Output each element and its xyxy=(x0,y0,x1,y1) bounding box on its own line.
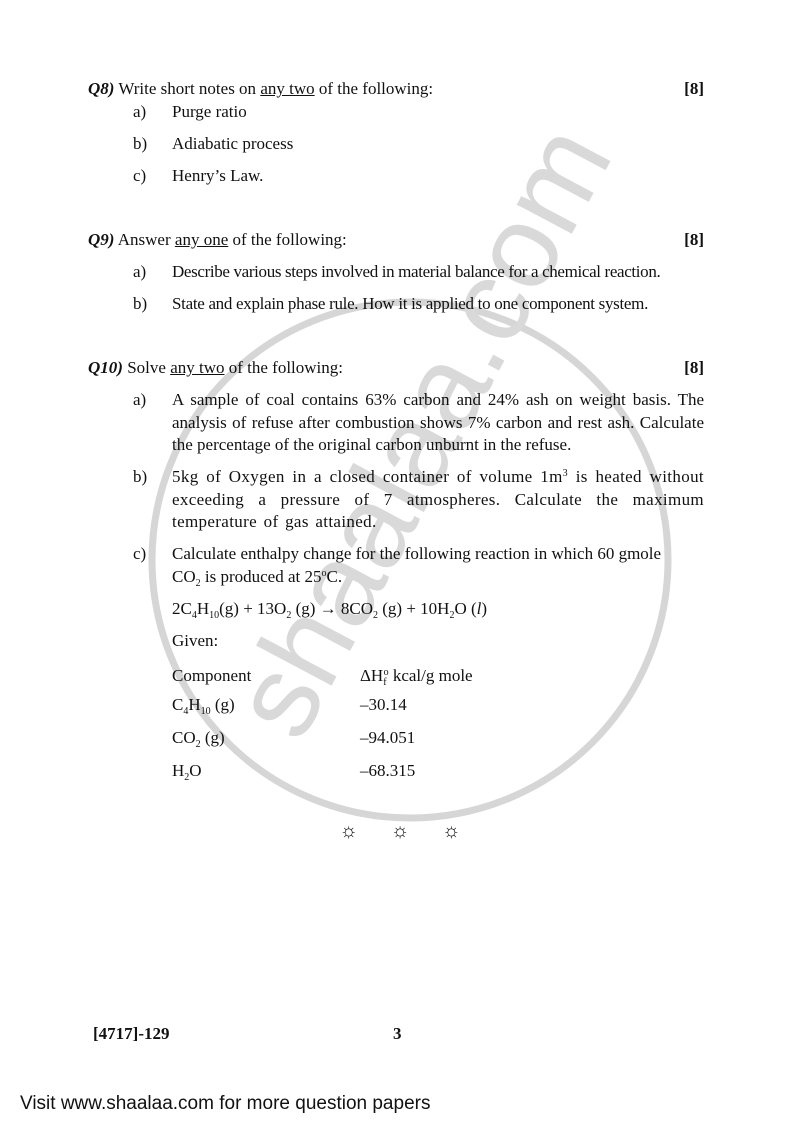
paper-code: [4717]-129 xyxy=(93,1024,169,1044)
given-label: Given: xyxy=(172,630,218,652)
q8-a-label: a) xyxy=(133,101,146,123)
q9-marks: [8] xyxy=(684,229,704,251)
table-row-water: H2O xyxy=(172,760,202,782)
q10-marks: [8] xyxy=(684,357,704,379)
q10-a-text: A sample of coal contains 63% carbon and… xyxy=(172,389,704,457)
q10-b-text: 5kg of Oxygen in a closed container of v… xyxy=(172,466,704,534)
q9-number: Q9) xyxy=(88,230,114,249)
q8-a-text: Purge ratio xyxy=(172,101,247,123)
q10-emphasis: any two xyxy=(170,358,224,377)
q8-b-label: b) xyxy=(133,133,147,155)
q9-heading: Q9) Answer any one of the following: [8] xyxy=(88,229,704,251)
table-value-water: –68.315 xyxy=(360,760,415,782)
q8-c-label: c) xyxy=(133,165,146,187)
exam-page: shaalaa.com Q8) Write short notes on any… xyxy=(0,0,800,1131)
q8-marks: [8] xyxy=(684,78,704,100)
q8-prompt-end: of the following: xyxy=(315,79,434,98)
table-row-co2: CO2 (g) xyxy=(172,727,225,749)
q10-prompt: Solve xyxy=(127,358,170,377)
q10-number: Q10) xyxy=(88,358,123,377)
q10-c-line1: Calculate enthalpy change for the follow… xyxy=(172,543,661,565)
q9-b-label: b) xyxy=(133,293,147,315)
q9-b-text: State and explain phase rule. How it is … xyxy=(172,293,648,315)
shaalaa-watermark: shaalaa.com xyxy=(0,0,800,1131)
table-row-butane: C4H10 (g) xyxy=(172,694,235,716)
table-header-component: Component xyxy=(172,665,251,687)
q10-prompt-end: of the following: xyxy=(224,358,343,377)
q8-prompt: Write short notes on xyxy=(118,79,260,98)
q9-a-text: Describe various steps involved in mater… xyxy=(172,261,660,283)
q10-b-label: b) xyxy=(133,466,147,488)
page-number: 3 xyxy=(393,1024,402,1044)
q8-c-text: Henry’s Law. xyxy=(172,165,263,187)
q10-c-label: c) xyxy=(133,543,146,565)
end-of-paper-marks: ☼ ☼ ☼ xyxy=(0,820,800,843)
q8-b-text: Adiabatic process xyxy=(172,133,293,155)
q9-prompt: Answer xyxy=(118,230,175,249)
q8-heading: Q8) Write short notes on any two of the … xyxy=(88,78,704,100)
sun-icon: ☼ xyxy=(442,820,460,843)
q8-emphasis: any two xyxy=(260,79,314,98)
sun-icon: ☼ xyxy=(391,820,409,843)
table-value-butane: –30.14 xyxy=(360,694,407,716)
promo-banner: Visit www.shaalaa.com for more question … xyxy=(20,1093,430,1115)
q10-a-label: a) xyxy=(133,389,146,411)
table-value-co2: –94.051 xyxy=(360,727,415,749)
q10-c-line2: CO2 is produced at 25oC. xyxy=(172,566,342,588)
reaction-equation: 2C4H10(g) + 13O2 (g) → 8CO2 (g) + 10H2O … xyxy=(172,598,487,620)
sun-icon: ☼ xyxy=(339,820,357,843)
table-header-enthalpy: ΔHfo kcal/g mole xyxy=(360,665,473,687)
q9-a-label: a) xyxy=(133,261,146,283)
q9-emphasis: any one xyxy=(175,230,228,249)
q8-number: Q8) xyxy=(88,79,114,98)
q10-heading: Q10) Solve any two of the following: [8] xyxy=(88,357,704,379)
q9-prompt-end: of the following: xyxy=(228,230,347,249)
